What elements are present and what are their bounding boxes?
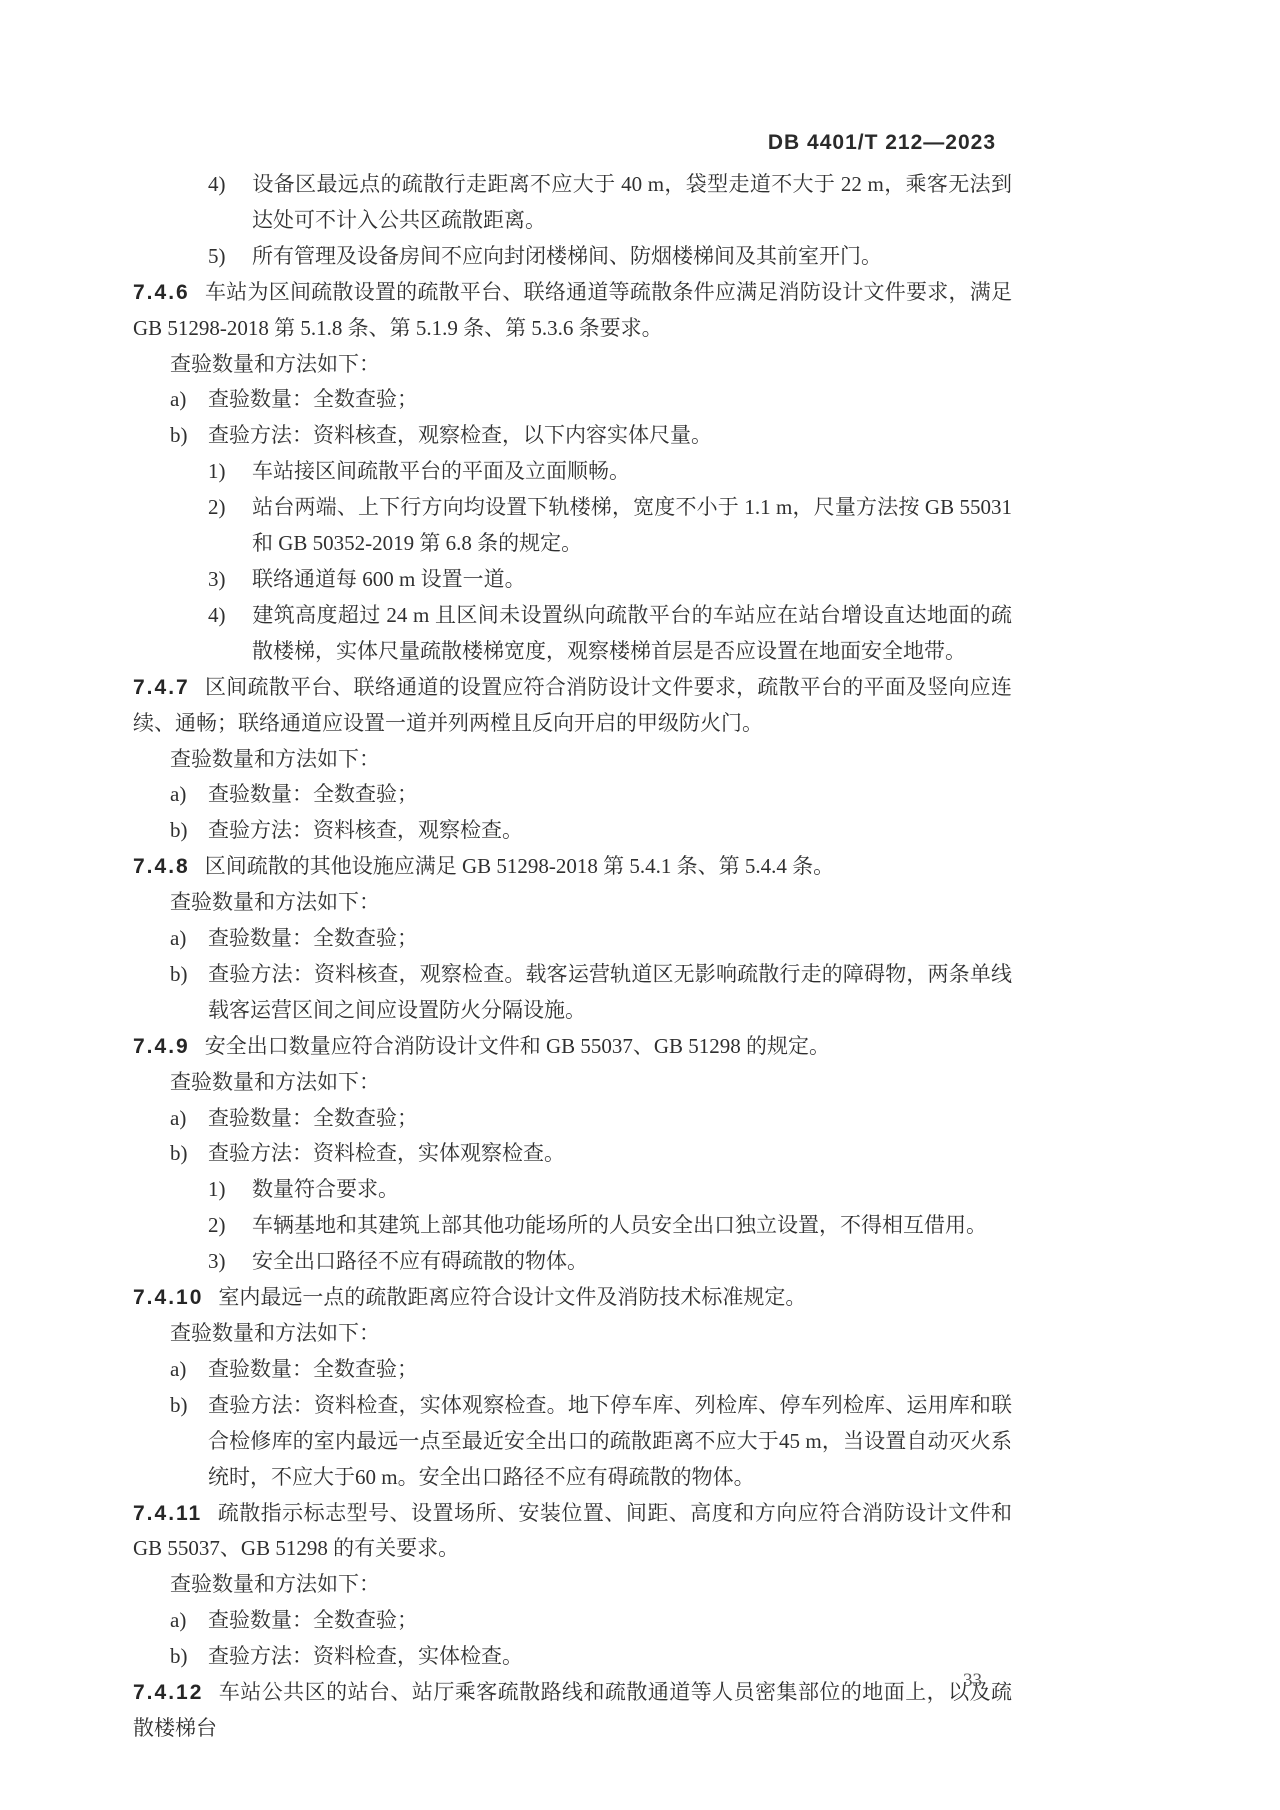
list-marker: 4) <box>208 167 252 203</box>
paragraph-text: 查验数量：全数查验； <box>208 1106 418 1130</box>
list-item-paragraph: b)查验方法：资料核查，观察检查。 <box>133 813 1012 849</box>
list-marker: b) <box>170 1136 208 1172</box>
paragraph-text: 所有管理及设备房间不应向封闭楼梯间、防烟楼梯间及其前室开门。 <box>252 244 882 268</box>
paragraph-text: 安全出口数量应符合消防设计文件和 GB 55037、GB 51298 的规定。 <box>205 1034 830 1058</box>
list-item-paragraph: 3)安全出口路径不应有碍疏散的物体。 <box>133 1244 1012 1280</box>
list-marker: a) <box>170 1603 208 1639</box>
clause-number: 7.4.7 <box>133 676 190 699</box>
list-item-paragraph: b)查验方法：资料检查，实体观察检查。 <box>133 1136 1012 1172</box>
page-number: 33 <box>963 1670 982 1691</box>
paragraph-text: 建筑高度超过 24 m 且区间未设置纵向疏散平台的车站应在站台增设直达地面的疏散… <box>252 603 1012 663</box>
list-marker: 4) <box>208 598 252 634</box>
list-item-paragraph: 4)建筑高度超过 24 m 且区间未设置纵向疏散平台的车站应在站台增设直达地面的… <box>133 598 1012 670</box>
paragraph-text: 区间疏散的其他设施应满足 GB 51298-2018 第 5.4.1 条、第 5… <box>205 854 834 878</box>
clause-paragraph: 7.4.6车站为区间疏散设置的疏散平台、联络通道等疏散条件应满足消防设计文件要求… <box>133 275 1012 347</box>
intro-paragraph: 查验数量和方法如下： <box>133 1316 1012 1352</box>
page-footer: 33 <box>133 1670 1012 1692</box>
paragraph-text: 查验方法：资料检查，实体观察检查。地下停车库、列检库、停车列检库、运用库和联合检… <box>208 1393 1012 1489</box>
list-marker: 3) <box>208 562 252 598</box>
clause-number: 7.4.11 <box>133 1502 202 1525</box>
paragraph-text: 区间疏散平台、联络通道的设置应符合消防设计文件要求，疏散平台的平面及竖向应连续、… <box>133 675 1012 735</box>
paragraph-text: 车辆基地和其建筑上部其他功能场所的人员安全出口独立设置，不得相互借用。 <box>252 1213 987 1237</box>
list-item-paragraph: a)查验数量：全数查验； <box>133 1603 1012 1639</box>
paragraph-text: 室内最远一点的疏散距离应符合设计文件及消防技术标准规定。 <box>218 1285 806 1309</box>
paragraph-text: 查验方法：资料核查，观察检查。载客运营轨道区无影响疏散行走的障碍物，两条单线载客… <box>208 962 1012 1022</box>
intro-paragraph: 查验数量和方法如下： <box>133 885 1012 921</box>
list-item-paragraph: a)查验数量：全数查验； <box>133 1101 1012 1137</box>
paragraph-text: 查验数量和方法如下： <box>170 1321 380 1345</box>
list-marker: 3) <box>208 1244 252 1280</box>
paragraph-text: 查验数量和方法如下： <box>170 1572 380 1596</box>
list-marker: 2) <box>208 490 252 526</box>
list-item-paragraph: 1)车站接区间疏散平台的平面及立面顺畅。 <box>133 454 1012 490</box>
list-marker: 1) <box>208 454 252 490</box>
clause-number: 7.4.6 <box>133 281 190 304</box>
paragraph-text: 查验方法：资料检查，实体观察检查。 <box>208 1141 565 1165</box>
intro-paragraph: 查验数量和方法如下： <box>133 347 1012 383</box>
clause-paragraph: 7.4.8区间疏散的其他设施应满足 GB 51298-2018 第 5.4.1 … <box>133 849 1012 885</box>
list-marker: b) <box>170 957 208 993</box>
document-header: DB 4401/T 212—2023 <box>133 131 1012 155</box>
paragraph-text: 查验方法：资料检查，实体检查。 <box>208 1644 523 1668</box>
paragraph-text: 查验方法：资料核查，观察检查，以下内容实体尺量。 <box>208 423 712 447</box>
list-marker: b) <box>170 813 208 849</box>
paragraph-text: 查验数量和方法如下： <box>170 890 380 914</box>
paragraph-text: 车站接区间疏散平台的平面及立面顺畅。 <box>252 459 630 483</box>
paragraph-text: 查验数量和方法如下： <box>170 747 380 771</box>
clause-paragraph: 7.4.10室内最远一点的疏散距离应符合设计文件及消防技术标准规定。 <box>133 1280 1012 1316</box>
list-marker: a) <box>170 777 208 813</box>
paragraph-text: 查验数量：全数查验； <box>208 926 418 950</box>
list-item-paragraph: a)查验数量：全数查验； <box>133 382 1012 418</box>
clause-paragraph: 7.4.7区间疏散平台、联络通道的设置应符合消防设计文件要求，疏散平台的平面及竖… <box>133 670 1012 742</box>
list-marker: a) <box>170 1352 208 1388</box>
paragraph-text: 查验数量：全数查验； <box>208 782 418 806</box>
clause-paragraph: 7.4.11疏散指示标志型号、设置场所、安装位置、间距、高度和方向应符合消防设计… <box>133 1496 1012 1568</box>
paragraph-text: 设备区最远点的疏散行走距离不应大于 40 m，袋型走道不大于 22 m，乘客无法… <box>252 172 1012 232</box>
list-marker: a) <box>170 921 208 957</box>
list-marker: 1) <box>208 1172 252 1208</box>
list-marker: b) <box>170 1388 208 1424</box>
list-marker: 5) <box>208 239 252 275</box>
list-item-paragraph: 1)数量符合要求。 <box>133 1172 1012 1208</box>
paragraph-text: 疏散指示标志型号、设置场所、安装位置、间距、高度和方向应符合消防设计文件和 GB… <box>133 1501 1012 1561</box>
paragraph-text: 查验数量和方法如下： <box>170 352 380 376</box>
list-item-paragraph: b)查验方法：资料核查，观察检查。载客运营轨道区无影响疏散行走的障碍物，两条单线… <box>133 957 1012 1029</box>
paragraph-text: 联络通道每 600 m 设置一道。 <box>252 567 526 591</box>
paragraph-text: 安全出口路径不应有碍疏散的物体。 <box>252 1249 588 1273</box>
paragraph-text: 查验数量：全数查验； <box>208 1357 418 1381</box>
clause-number: 7.4.8 <box>133 855 190 878</box>
clause-number: 7.4.10 <box>133 1286 203 1309</box>
paragraph-text: 站台两端、上下行方向均设置下轨楼梯，宽度不小于 1.1 m，尺量方法按 GB 5… <box>252 495 1012 555</box>
clause-paragraph: 7.4.9安全出口数量应符合消防设计文件和 GB 55037、GB 51298 … <box>133 1029 1012 1065</box>
paragraph-text: 查验方法：资料核查，观察检查。 <box>208 818 523 842</box>
list-item-paragraph: a)查验数量：全数查验； <box>133 1352 1012 1388</box>
list-item-paragraph: 2)站台两端、上下行方向均设置下轨楼梯，宽度不小于 1.1 m，尺量方法按 GB… <box>133 490 1012 562</box>
list-item-paragraph: 3)联络通道每 600 m 设置一道。 <box>133 562 1012 598</box>
list-marker: b) <box>170 418 208 454</box>
list-item-paragraph: b)查验方法：资料核查，观察检查，以下内容实体尺量。 <box>133 418 1012 454</box>
list-item-paragraph: 5)所有管理及设备房间不应向封闭楼梯间、防烟楼梯间及其前室开门。 <box>133 239 1012 275</box>
standard-number: DB 4401/T 212—2023 <box>768 131 996 154</box>
document-body: 4)设备区最远点的疏散行走距离不应大于 40 m，袋型走道不大于 22 m，乘客… <box>133 167 1012 1747</box>
list-item-paragraph: 4)设备区最远点的疏散行走距离不应大于 40 m，袋型走道不大于 22 m，乘客… <box>133 167 1012 239</box>
paragraph-text: 查验数量和方法如下： <box>170 1070 380 1094</box>
paragraph-text: 数量符合要求。 <box>252 1177 399 1201</box>
paragraph-text: 查验数量：全数查验； <box>208 1608 418 1632</box>
document-page: DB 4401/T 212—2023 4)设备区最远点的疏散行走距离不应大于 4… <box>0 0 1280 1810</box>
intro-paragraph: 查验数量和方法如下： <box>133 1065 1012 1101</box>
list-item-paragraph: b)查验方法：资料检查，实体观察检查。地下停车库、列检库、停车列检库、运用库和联… <box>133 1388 1012 1496</box>
clause-number: 7.4.9 <box>133 1035 190 1058</box>
paragraph-text: 查验数量：全数查验； <box>208 387 418 411</box>
list-marker: 2) <box>208 1208 252 1244</box>
paragraph-text: 车站为区间疏散设置的疏散平台、联络通道等疏散条件应满足消防设计文件要求，满足 G… <box>133 280 1012 340</box>
list-item-paragraph: 2)车辆基地和其建筑上部其他功能场所的人员安全出口独立设置，不得相互借用。 <box>133 1208 1012 1244</box>
intro-paragraph: 查验数量和方法如下： <box>133 742 1012 778</box>
list-marker: a) <box>170 382 208 418</box>
list-item-paragraph: a)查验数量：全数查验； <box>133 921 1012 957</box>
list-marker: a) <box>170 1101 208 1137</box>
list-item-paragraph: a)查验数量：全数查验； <box>133 777 1012 813</box>
intro-paragraph: 查验数量和方法如下： <box>133 1567 1012 1603</box>
